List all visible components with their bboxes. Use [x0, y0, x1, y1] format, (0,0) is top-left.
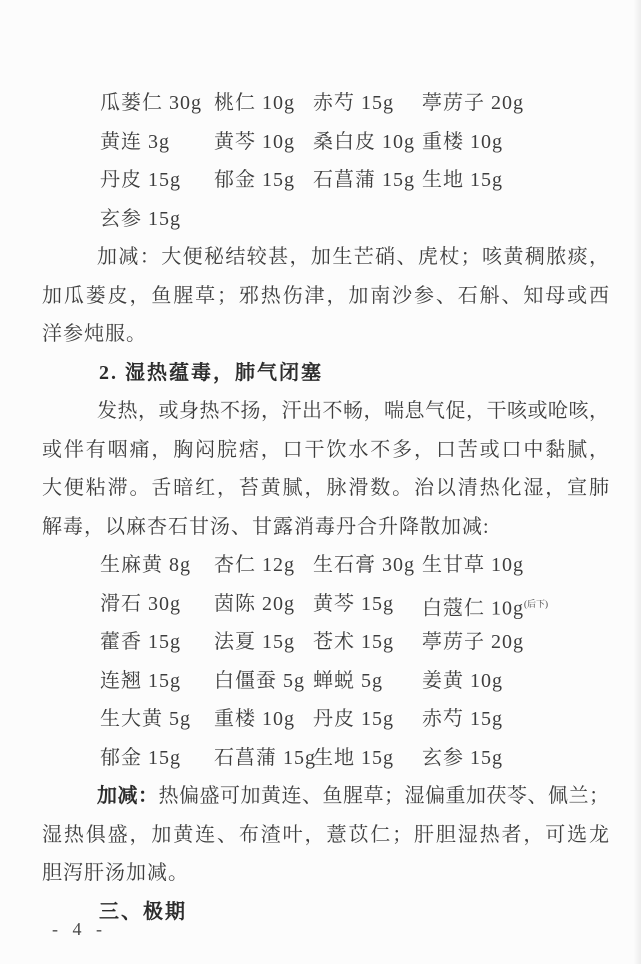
herb-item: [422, 200, 641, 239]
herb-item: 瓜蒌仁 30g: [100, 84, 214, 123]
herb-item: 杏仁 12g: [214, 546, 313, 585]
herb-item: 赤芍 15g: [422, 700, 641, 739]
herb-table-1: 瓜蒌仁 30g 桃仁 10g 赤芍 15g 葶苈子 20g 黄连 3g 黄芩 1…: [0, 84, 641, 238]
herb-item: 黄连 3g: [100, 123, 214, 162]
decoction-note: (后下): [524, 599, 548, 609]
text-line: 加减：热偏盛可加黄连、鱼腥草；湿偏重加茯苓、佩兰；: [0, 777, 641, 816]
herb-item: 生麻黄 8g: [100, 546, 214, 585]
scanned-document-page: 瓜蒌仁 30g 桃仁 10g 赤芍 15g 葶苈子 20g 黄连 3g 黄芩 1…: [0, 0, 641, 964]
herb-item: 生地 15g: [313, 739, 422, 778]
text-line: 大便粘滞。舌暗红，苔黄腻，脉滑数。治以清热化湿，宣肺: [0, 469, 641, 508]
herb-item: 石菖蒲 15g: [214, 739, 313, 778]
herb-item: 生地 15g: [422, 161, 641, 200]
herb-item: 生甘草 10g: [422, 546, 641, 585]
herb-row: 郁金 15g 石菖蒲 15g 生地 15g 玄参 15g: [100, 739, 641, 778]
herb-item: 玄参 15g: [422, 739, 641, 778]
herb-item: 石菖蒲 15g: [313, 161, 422, 200]
herb-row: 藿香 15g 法夏 15g 苍术 15g 葶苈子 20g: [100, 623, 641, 662]
herb-item: 桑白皮 10g: [313, 123, 422, 162]
herb-item: 重楼 10g: [422, 123, 641, 162]
jiajian-text: 大便秘结较甚，加生芒硝、虎杖；咳黄稠脓痰，: [161, 246, 609, 268]
herb-item: 黄芩 15g: [313, 585, 422, 628]
herb-item: 连翘 15g: [100, 662, 214, 701]
jiajian-paragraph-2: 加减：热偏盛可加黄连、鱼腥草；湿偏重加茯苓、佩兰； 湿热俱盛，加黄连、布渣叶，薏…: [0, 777, 641, 893]
herb-item: 蝉蜕 5g: [313, 662, 422, 701]
herb-row: 玄参 15g: [100, 200, 641, 239]
herb-item: [313, 200, 422, 239]
text-line: 发热，或身热不扬，汗出不畅，喘息气促，干咳或呛咳，: [0, 392, 641, 431]
section-2-description: 发热，或身热不扬，汗出不畅，喘息气促，干咳或呛咳， 或伴有咽痛，胸闷脘痞，口干饮…: [0, 392, 641, 546]
text-line: 加减：大便秘结较甚，加生芒硝、虎杖；咳黄稠脓痰，: [0, 238, 641, 277]
herb-item: 赤芍 15g: [313, 84, 422, 123]
herb-item: 法夏 15g: [214, 623, 313, 662]
text-line: 洋参炖服。: [0, 315, 641, 354]
herb-row: 丹皮 15g 郁金 15g 石菖蒲 15g 生地 15g: [100, 161, 641, 200]
herb-item: 郁金 15g: [214, 161, 313, 200]
jiajian-label: 加减：: [97, 785, 159, 807]
herb-item: [214, 200, 313, 239]
herb-item: 桃仁 10g: [214, 84, 313, 123]
herb-item: 丹皮 15g: [100, 161, 214, 200]
herb-item: 藿香 15g: [100, 623, 214, 662]
herb-item: 葶苈子 20g: [422, 623, 641, 662]
text-line: 湿热俱盛，加黄连、布渣叶，薏苡仁；肝胆湿热者，可选龙: [0, 816, 641, 855]
herb-row: 生大黄 5g 重楼 10g 丹皮 15g 赤芍 15g: [100, 700, 641, 739]
herb-item: 白蔻仁 10g: [422, 597, 524, 619]
herb-row: 生麻黄 8g 杏仁 12g 生石膏 30g 生甘草 10g: [100, 546, 641, 585]
herb-item: 滑石 30g: [100, 585, 214, 628]
herb-item: 白僵蚕 5g: [214, 662, 313, 701]
herb-row: 连翘 15g 白僵蚕 5g 蝉蜕 5g 姜黄 10g: [100, 662, 641, 701]
jiajian-paragraph-1: 加减：大便秘结较甚，加生芒硝、虎杖；咳黄稠脓痰， 加瓜蒌皮，鱼腥草；邪热伤津，加…: [0, 238, 641, 354]
herb-row: 黄连 3g 黄芩 10g 桑白皮 10g 重楼 10g: [100, 123, 641, 162]
section-2-heading: 2. 湿热蕴毒，肺气闭塞: [0, 354, 641, 393]
herb-table-2: 生麻黄 8g 杏仁 12g 生石膏 30g 生甘草 10g 滑石 30g 茵陈 …: [0, 546, 641, 777]
text-line: 或伴有咽痛，胸闷脘痞，口干饮水不多，口苦或口中黏腻，: [0, 431, 641, 470]
jiajian-text: 热偏盛可加黄连、鱼腥草；湿偏重加茯苓、佩兰；: [159, 785, 610, 807]
text-line: 加瓜蒌皮，鱼腥草；邪热伤津，加南沙参、石斛、知母或西: [0, 277, 641, 316]
herb-item: 姜黄 10g: [422, 662, 641, 701]
herb-item: 生石膏 30g: [313, 546, 422, 585]
herb-item: 生大黄 5g: [100, 700, 214, 739]
herb-item: 郁金 15g: [100, 739, 214, 778]
herb-item: 丹皮 15g: [313, 700, 422, 739]
herb-item: 玄参 15g: [100, 200, 214, 239]
page-number: - 4 -: [52, 919, 107, 940]
herb-item: 茵陈 20g: [214, 585, 313, 628]
herb-item: 黄芩 10g: [214, 123, 313, 162]
herb-row: 滑石 30g 茵陈 20g 黄芩 15g 白蔻仁 10g(后下): [100, 585, 641, 624]
herb-row: 瓜蒌仁 30g 桃仁 10g 赤芍 15g 葶苈子 20g: [100, 84, 641, 123]
herb-item-with-note: 白蔻仁 10g(后下): [422, 585, 641, 628]
herb-item: 苍术 15g: [313, 623, 422, 662]
herb-item: 葶苈子 20g: [422, 84, 641, 123]
jiajian-label: 加减：: [97, 246, 161, 268]
text-line: 解毒，以麻杏石甘汤、甘露消毒丹合升降散加减:: [0, 508, 641, 547]
herb-item: 重楼 10g: [214, 700, 313, 739]
text-line: 胆泻肝汤加减。: [0, 854, 641, 893]
